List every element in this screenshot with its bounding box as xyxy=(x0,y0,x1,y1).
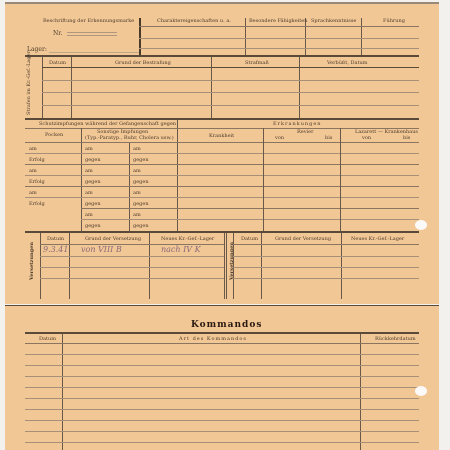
rule xyxy=(25,118,419,120)
card-upper-section: Beschriftung der Erkennungsmarke Nr. Lag… xyxy=(5,2,439,304)
impf-am: am xyxy=(85,168,93,174)
impf-gegen: gegen xyxy=(133,201,149,207)
rule xyxy=(139,48,419,49)
impf-gegen: gegen xyxy=(133,179,149,185)
vaccinations-title: Schutzimpfungen während der Gefangenscha… xyxy=(39,121,176,127)
rule xyxy=(25,142,419,143)
rule xyxy=(42,80,419,81)
col-verbuesst: Verbüßt, Datum xyxy=(327,60,367,66)
rule xyxy=(233,256,419,257)
rule xyxy=(25,197,419,198)
divider xyxy=(62,334,63,450)
rule xyxy=(25,409,419,410)
impf-am: am xyxy=(133,190,141,196)
impf-am: am xyxy=(133,168,141,174)
rule xyxy=(25,55,419,57)
punch-hole xyxy=(415,386,427,396)
identity-label: Beschriftung der Erkennungsmarke xyxy=(43,18,134,24)
divider xyxy=(361,18,362,56)
divider xyxy=(245,18,246,56)
divider xyxy=(224,233,225,299)
col-strafmass: Strafmaß xyxy=(245,60,269,66)
revier-von: von xyxy=(275,135,284,141)
col-fuehrung: Führung xyxy=(383,18,405,24)
rule xyxy=(25,186,419,187)
divider xyxy=(149,233,150,299)
pocken-am: am xyxy=(29,146,37,152)
impf-am: am xyxy=(85,146,93,152)
divider xyxy=(340,128,341,232)
rule xyxy=(81,219,419,220)
pocken-erfolg: Erfolg xyxy=(29,157,45,163)
rule xyxy=(81,208,419,209)
lazarett-bis: bis xyxy=(403,135,410,141)
rule xyxy=(40,278,224,279)
rule xyxy=(25,398,419,399)
divider xyxy=(261,233,262,299)
rule xyxy=(25,431,419,432)
rule xyxy=(233,278,419,279)
divider xyxy=(177,120,178,232)
versetzungen-side-label-right: Versetzungen xyxy=(229,234,235,288)
impf-gegen: gegen xyxy=(133,157,149,163)
nr-field-line xyxy=(67,35,117,36)
col-pocken: Pocken xyxy=(45,132,63,138)
versetzungen-side-label: Versetzungen xyxy=(29,234,35,288)
rule xyxy=(233,244,419,245)
rule xyxy=(233,267,419,268)
impf-gegen: gegen xyxy=(133,223,149,229)
impf-am: am xyxy=(85,190,93,196)
illnesses-title: Erkrankungen xyxy=(273,121,322,127)
rule xyxy=(139,38,419,39)
rule xyxy=(42,67,419,68)
impf-gegen: gegen xyxy=(85,157,101,163)
pocken-am: am xyxy=(29,168,37,174)
rule xyxy=(25,376,419,377)
nr-label: Nr. xyxy=(53,30,62,37)
impf-gegen: gegen xyxy=(85,223,101,229)
col-neues-lager: Neues Kr.-Gef.-Lager xyxy=(351,236,404,242)
col-sonstige-sub: (Typ.-Paratyp., Ruhr, Cholera usw.) xyxy=(85,135,174,141)
rule xyxy=(25,231,419,233)
rule xyxy=(25,354,419,355)
transfer-date: 9.3.41 xyxy=(43,245,68,254)
rule xyxy=(40,256,224,257)
divider xyxy=(139,18,141,56)
impf-am: am xyxy=(85,212,93,218)
rule xyxy=(40,267,224,268)
divider xyxy=(226,233,227,299)
col-grund-bestrafung: Grund der Bestrafung xyxy=(115,60,171,66)
col-charakter: Charaktereigenschaften u. a. xyxy=(157,18,231,24)
transfer-new-camp: nach IV K xyxy=(161,245,201,254)
rule xyxy=(25,153,419,154)
card-lower-section: Kommandos Datum Art des Kommandos Rückke… xyxy=(5,306,439,450)
col-art-kommandos: Art des Kommandos xyxy=(179,336,247,342)
revier-bis: bis xyxy=(325,135,332,141)
col-datum: Datum xyxy=(47,236,64,242)
col-grund-versetzung: Grund der Versetzung xyxy=(275,236,331,242)
rule xyxy=(25,420,419,421)
divider xyxy=(263,128,264,232)
rule xyxy=(25,343,419,344)
col-datum: Datum xyxy=(241,236,258,242)
rule xyxy=(42,105,419,106)
divider xyxy=(341,233,342,299)
lazarett-von: von xyxy=(362,135,371,141)
impf-am: am xyxy=(133,212,141,218)
divider xyxy=(81,128,82,232)
col-krankheit: Krankheit xyxy=(209,133,234,139)
nr-field-line xyxy=(67,32,117,33)
pocken-erfolg: Erfolg xyxy=(29,179,45,185)
transfer-reason: von VIII B xyxy=(81,245,122,254)
rule xyxy=(25,175,419,176)
pocken-am: am xyxy=(29,190,37,196)
lager-dotted-line xyxy=(49,52,139,53)
col-neues-lager: Neues Kr.-Gef.-Lager xyxy=(161,236,214,242)
strafen-side-label: Strafen im Kr.-Gef.-Lager xyxy=(26,55,32,115)
col-rueckkehrdatum: Rückkehrdatum xyxy=(375,336,416,342)
col-faehigkeiten: Besondere Fähigkeiten xyxy=(249,18,307,24)
rule xyxy=(25,164,419,165)
rule xyxy=(139,26,419,27)
col-revier: Revier xyxy=(297,129,314,135)
impf-am: am xyxy=(133,146,141,152)
divider xyxy=(69,233,70,299)
col-datum: Datum xyxy=(39,336,56,342)
impf-gegen: gegen xyxy=(85,179,101,185)
divider xyxy=(360,334,361,450)
rule xyxy=(25,365,419,366)
pocken-erfolg: Erfolg xyxy=(29,201,45,207)
punch-hole xyxy=(415,220,427,230)
impf-gegen: gegen xyxy=(85,201,101,207)
divider xyxy=(233,233,234,299)
rule xyxy=(42,92,419,93)
col-grund-versetzung: Grund der Versetzung xyxy=(85,236,141,242)
divider xyxy=(40,233,41,299)
rule xyxy=(25,442,419,443)
col-datum: Datum xyxy=(49,60,66,66)
rule xyxy=(25,387,419,388)
kommandos-title: Kommandos xyxy=(191,320,262,330)
col-sprachen: Sprachkenntnisse xyxy=(311,18,356,24)
